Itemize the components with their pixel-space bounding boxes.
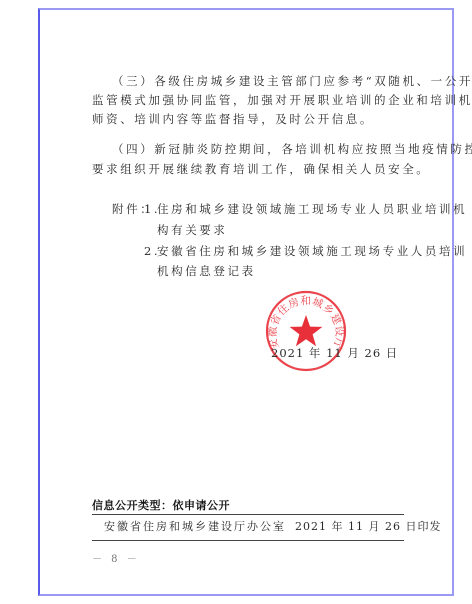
official-seal-icon: 安徽省住房和城乡建设厅 <box>264 289 348 373</box>
disclosure-type: 信息公开类型：依申请公开 <box>92 499 230 513</box>
paragraph-3-line-3: 师资、培训内容等监督指导，及时公开信息。 <box>92 112 374 126</box>
page-number: － 8 － <box>92 553 140 567</box>
attachment-1-line-2: 构有关要求 <box>157 223 228 237</box>
attachment-1-line-1: 住房和城乡建设领域施工现场专业人员职业培训机 <box>157 202 467 216</box>
paragraph-4-line-2: 要求组织开展继续教育培训工作，确保相关人员安全。 <box>92 162 430 176</box>
paragraph-4-line-1: （四）新冠肺炎防控期间，各培训机构应按照当地疫情防控 <box>112 142 472 156</box>
footer-issue-date: 2021 年 11 月 26 日印发 <box>295 520 441 534</box>
signature-date: 2021 年 11 月 26 日 <box>271 346 398 360</box>
footer-issuer: 安徽省住房和城乡建设厅办公室 <box>104 520 286 534</box>
paragraph-3-line-1: （三）各级住房城乡建设主管部门应参考“双随机、一公开” <box>112 74 472 88</box>
paragraph-3-line-2: 监管模式加强协同监管，加强对开展职业培训的企业和培训机构 <box>92 93 472 107</box>
attachment-2-line-2: 机构信息登记表 <box>157 264 256 278</box>
footer-top-rule <box>92 514 404 515</box>
attachment-2-line-1: 安徽省住房和城乡建设领域施工现场专业人员培训 <box>157 244 467 258</box>
footer-bottom-rule <box>92 540 404 541</box>
